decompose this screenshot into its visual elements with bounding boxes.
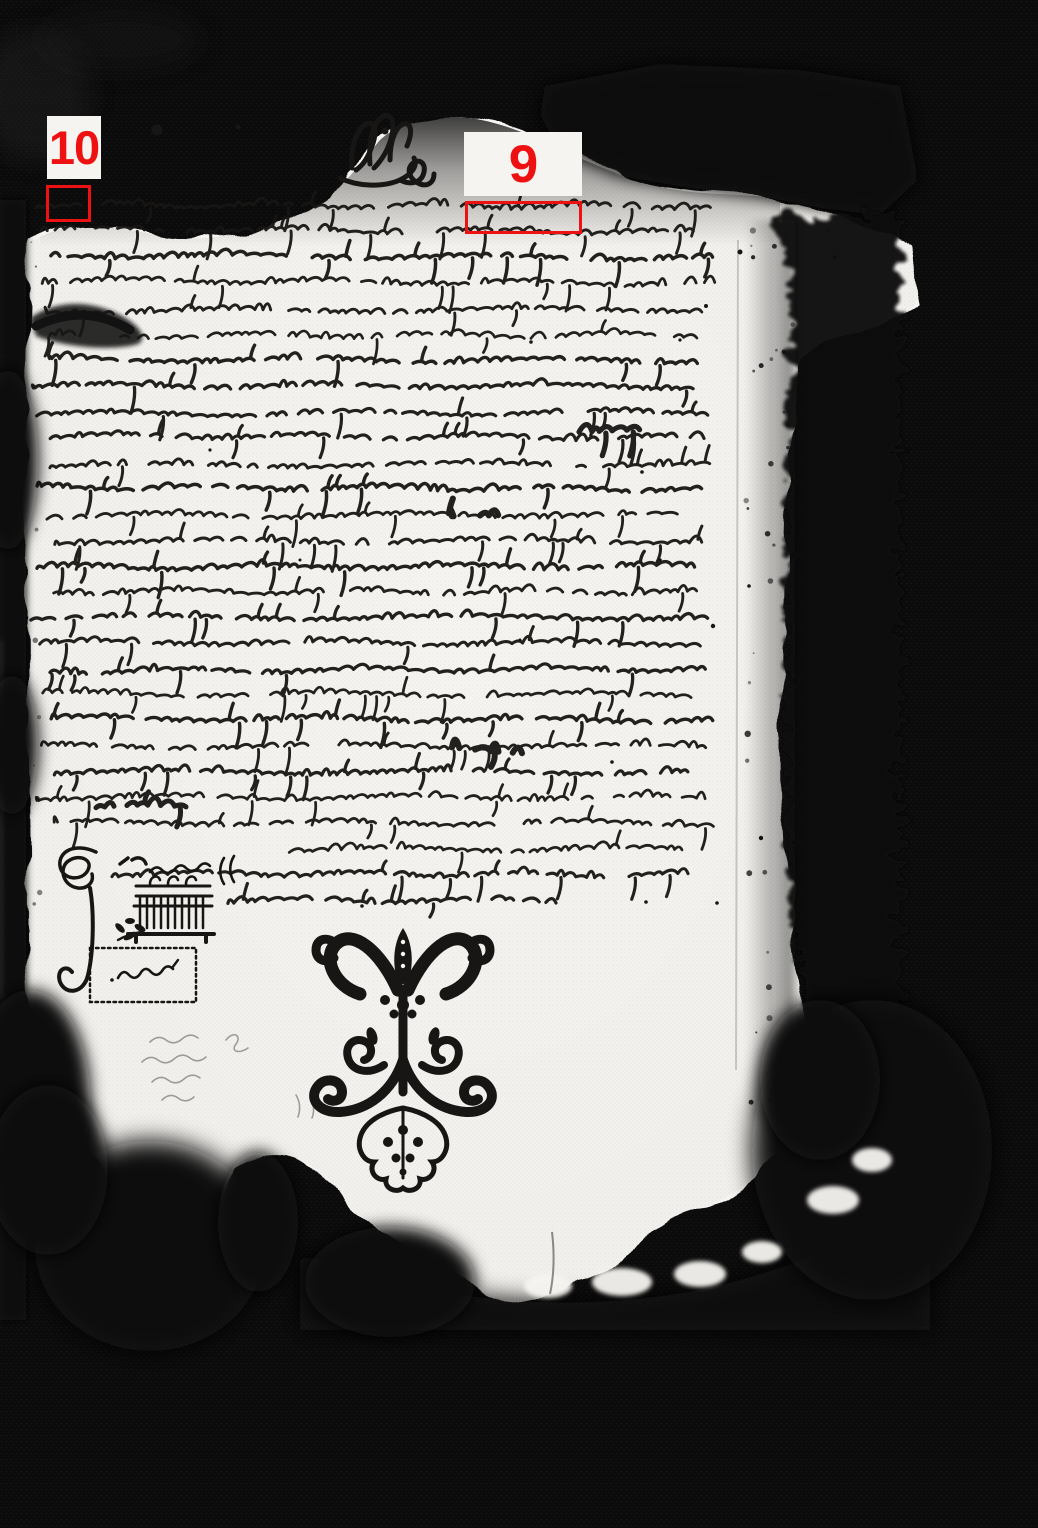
scanned-manuscript-page: 10 9 [0,0,1038,1528]
marker-9-region-box[interactable] [465,201,582,234]
marker-9-number: 9 [509,138,537,191]
annotation-marker-9[interactable]: 9 [464,132,582,196]
marker-10-number: 10 [49,124,99,171]
marker-10-region-box[interactable] [46,185,91,222]
annotation-marker-10[interactable]: 10 [47,116,101,179]
